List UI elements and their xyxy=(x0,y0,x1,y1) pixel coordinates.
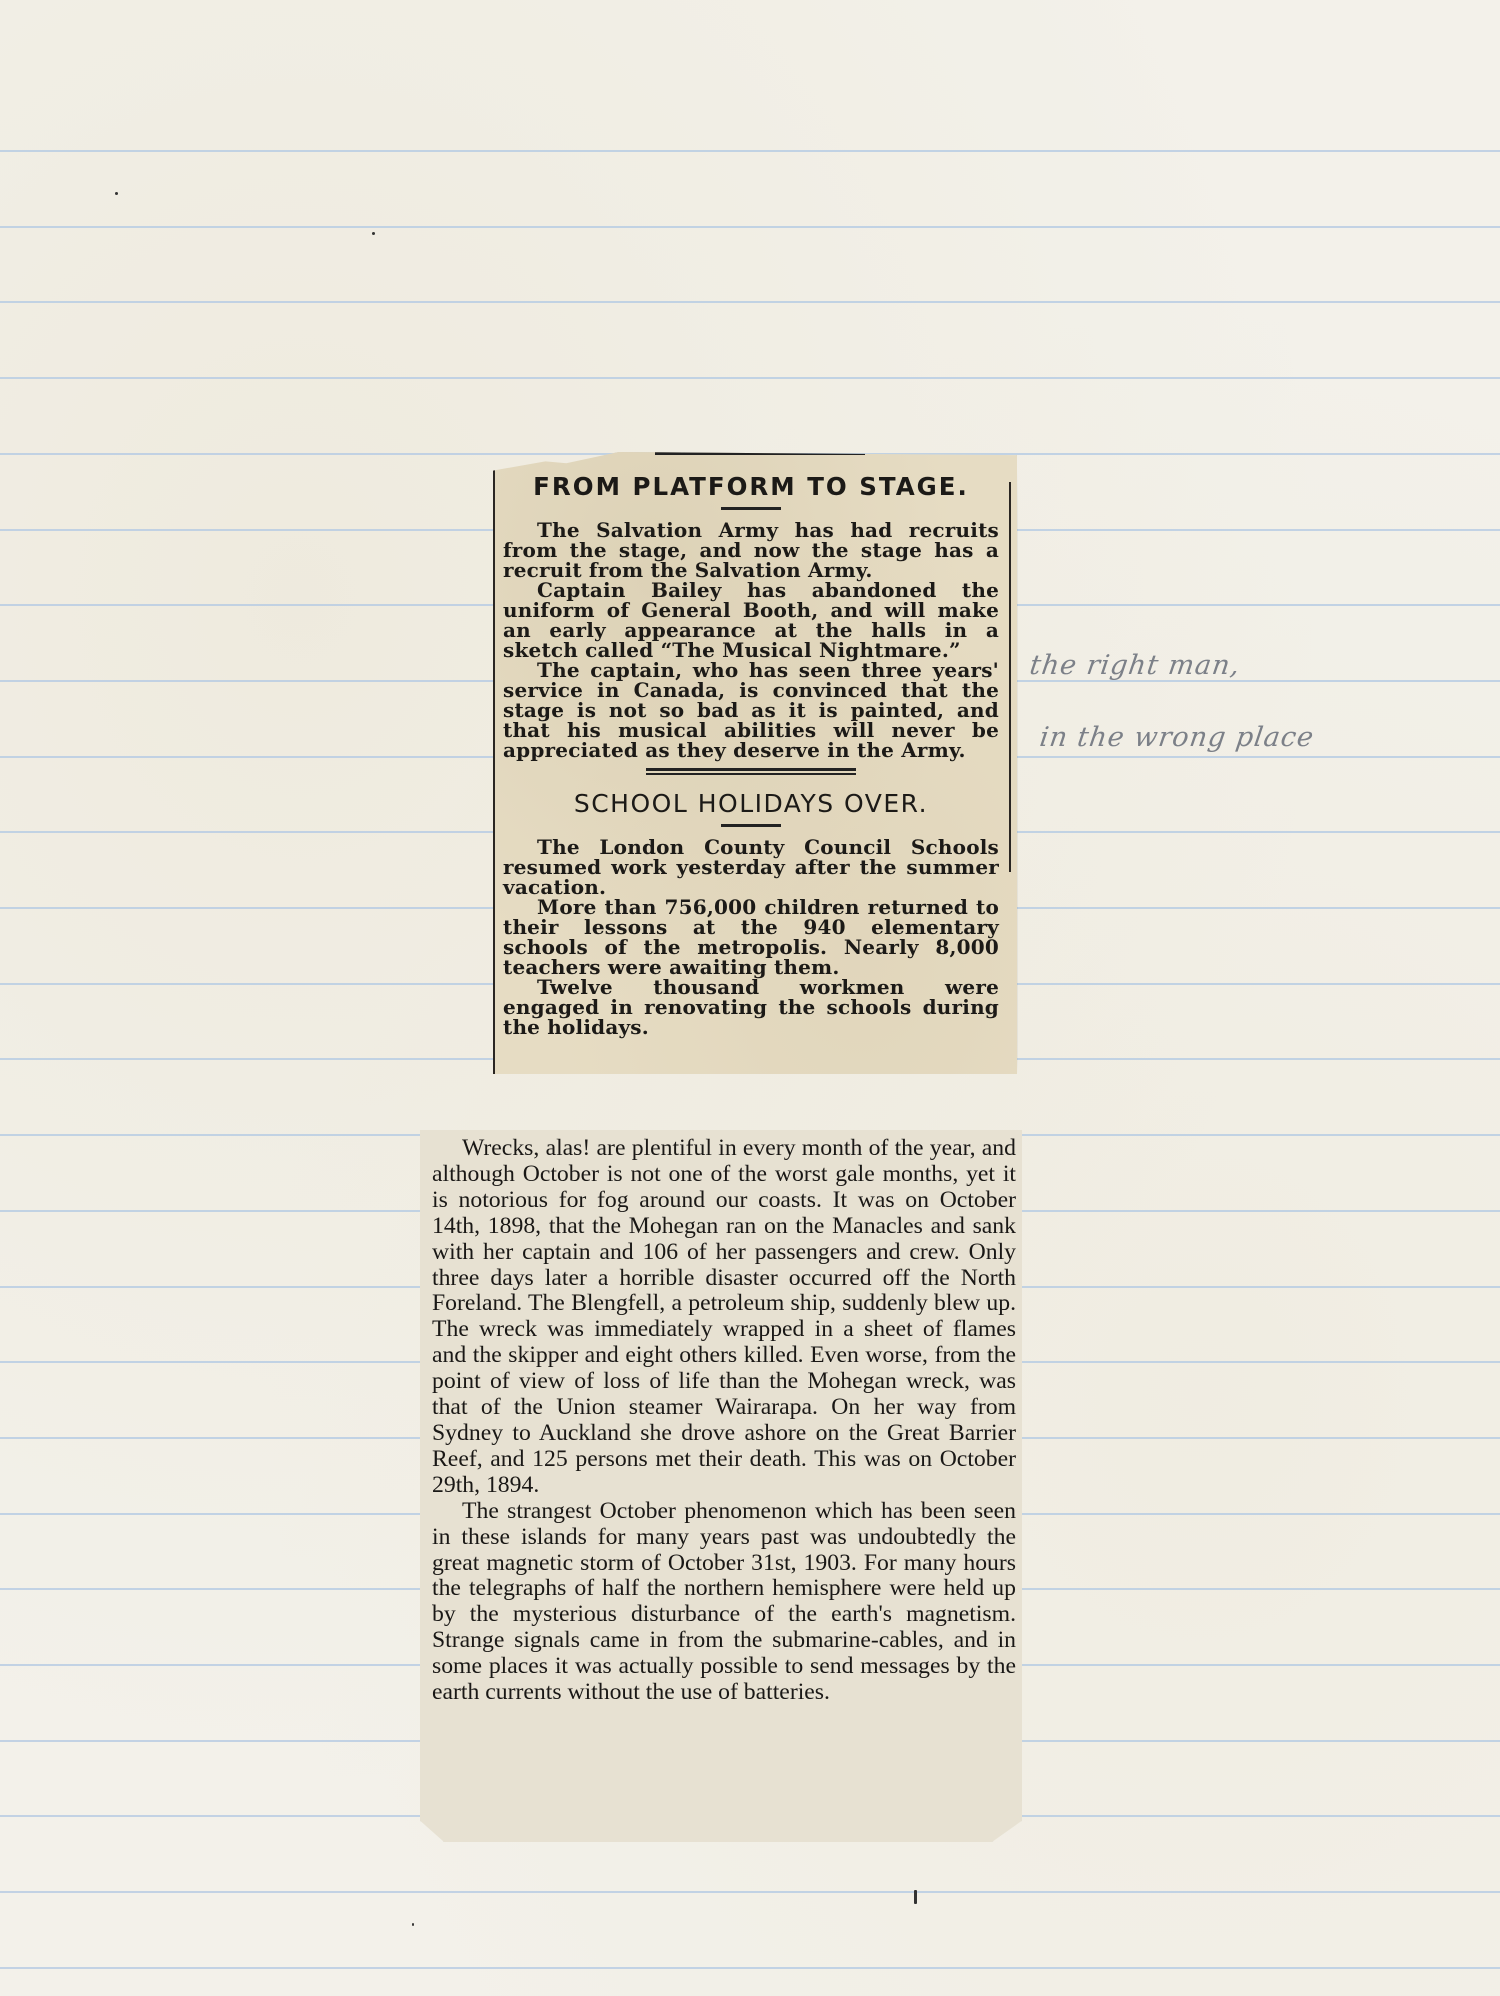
paragraph: More than 756,000 children returned to t… xyxy=(503,897,999,977)
paper-speck xyxy=(115,192,118,195)
ruled-line xyxy=(0,226,1500,228)
column-rule xyxy=(1009,482,1011,872)
handwritten-note-line-1: the right man, xyxy=(1028,650,1242,681)
headline-school-holidays: SCHOOL HOLIDAYS OVER. xyxy=(503,789,999,818)
headline-divider xyxy=(721,507,781,510)
headline-platform-to-stage: FROM PLATFORM TO STAGE. xyxy=(503,472,999,501)
ruled-line xyxy=(0,150,1500,152)
newspaper-clipping-1: FROM PLATFORM TO STAGE. The Salvation Ar… xyxy=(493,452,1017,1074)
article-separator xyxy=(646,768,856,775)
paper-speck xyxy=(372,232,375,235)
paragraph: Twelve thousand workmen were engaged in … xyxy=(503,977,999,1037)
ruled-line xyxy=(0,1967,1500,1969)
handwritten-note-line-2: in the wrong place xyxy=(1038,722,1316,753)
headline-divider xyxy=(721,824,781,827)
paragraph: The London County Council Schools resume… xyxy=(503,837,999,897)
paragraph: The captain, who has seen three years' s… xyxy=(503,660,999,760)
paragraph: The strangest October phenomenon which h… xyxy=(432,1499,1016,1706)
paper-speck xyxy=(412,1923,414,1926)
article-school-holidays: The London County Council Schools resume… xyxy=(503,837,999,1037)
ruled-line xyxy=(0,301,1500,303)
paragraph: Wrecks, alas! are plentiful in every mon… xyxy=(432,1136,1016,1499)
article-october-wrecks: Wrecks, alas! are plentiful in every mon… xyxy=(432,1136,1016,1706)
paragraph: Captain Bailey has abandoned the uniform… xyxy=(503,580,999,660)
paragraph: The Salvation Army has had recruits from… xyxy=(503,520,999,580)
ruled-line xyxy=(0,377,1500,379)
article-platform-to-stage: The Salvation Army has had recruits from… xyxy=(503,520,999,760)
ink-mark xyxy=(914,1890,917,1904)
column-rule xyxy=(418,1360,420,1505)
ruled-line xyxy=(0,1891,1500,1893)
newspaper-clipping-2: Wrecks, alas! are plentiful in every mon… xyxy=(420,1130,1022,1842)
